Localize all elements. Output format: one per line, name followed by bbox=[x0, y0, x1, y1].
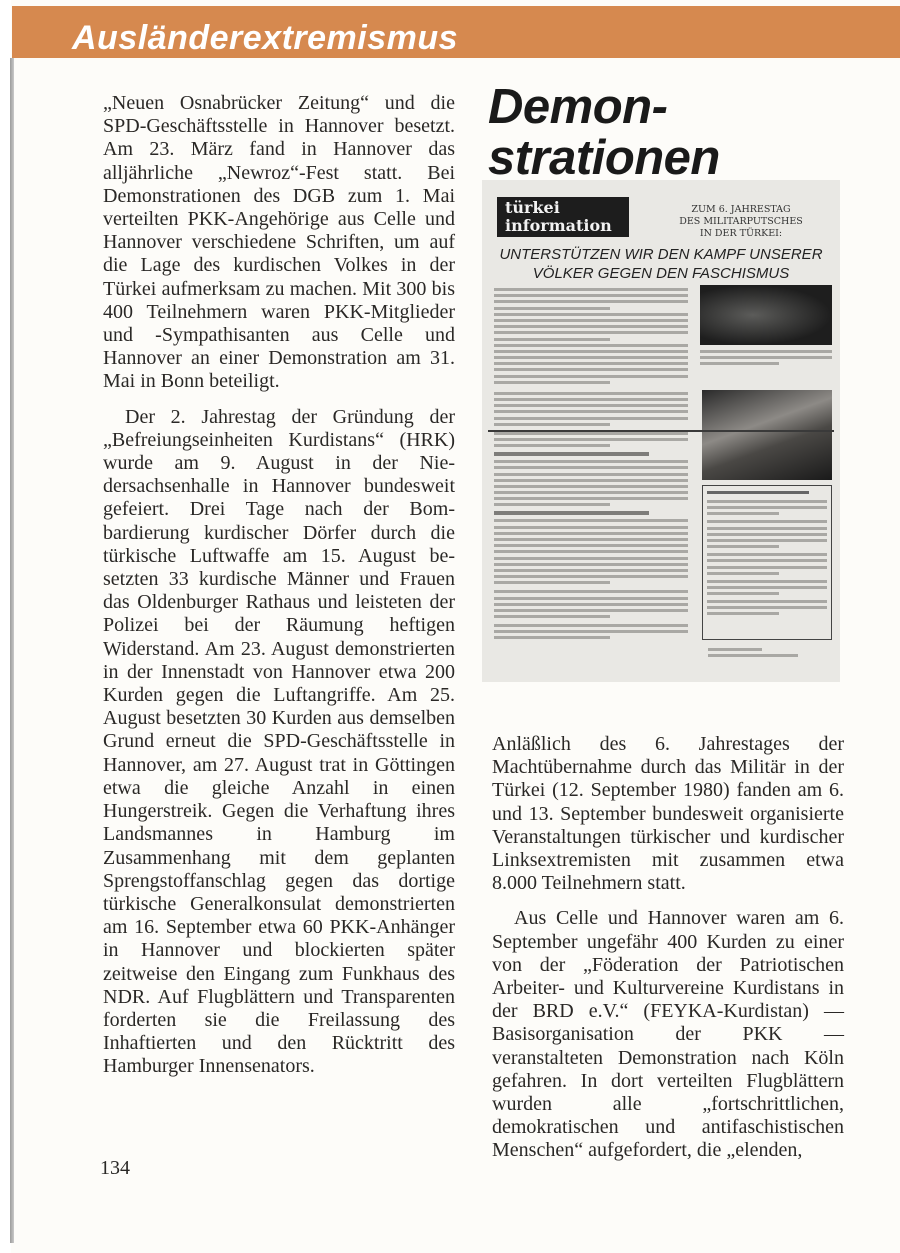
flyer-anniversary-line: IN DER TÜRKEI: bbox=[656, 228, 826, 240]
flyer-image: türkei information ZUM 6. JAHRESTAG DES … bbox=[482, 180, 840, 682]
page-number: 134 bbox=[100, 1157, 130, 1180]
paragraph: Aus Celle und Hannover waren am 6. Septe… bbox=[492, 907, 844, 1162]
flyer-slogan: UNTERSTÜTZEN WIR DEN KAMPF UNSERER VÖLKE… bbox=[488, 245, 834, 283]
flyer-anniversary-text: ZUM 6. JAHRESTAG DES MILITARPUTSCHES IN … bbox=[656, 204, 826, 240]
flyer-photo-crowd bbox=[700, 285, 832, 345]
chapter-header-band: Ausländerextremismus bbox=[12, 6, 900, 58]
flyer-logo-line: türkei bbox=[505, 199, 629, 217]
scan-artifact-line bbox=[488, 430, 834, 432]
paragraph: Anläßlich des 6. Jahrestages der Machtüb… bbox=[492, 733, 844, 895]
flyer-anniversary-line: DES MILITARPUTSCHES bbox=[656, 216, 826, 228]
flyer-anniversary-line: ZUM 6. JAHRESTAG bbox=[656, 204, 826, 216]
flyer-slogan-line: UNTERSTÜTZEN WIR DEN KAMPF UNSERER bbox=[488, 245, 834, 264]
page-binding-shadow bbox=[10, 58, 14, 1243]
paragraph: Der 2. Jahrestag der Gründung der „Befre… bbox=[103, 406, 455, 1079]
right-text-column: Anläßlich des 6. Jahrestages der Machtüb… bbox=[492, 733, 844, 1175]
flyer-info-box bbox=[702, 485, 832, 640]
paragraph: „Neuen Osnabrücker Zeitung“ und die SPD-… bbox=[103, 92, 455, 394]
flyer-logo-line: information bbox=[505, 217, 629, 235]
flyer-body-text bbox=[494, 288, 688, 643]
section-heading-line: strationen bbox=[488, 133, 720, 184]
flyer-photo-caption bbox=[700, 350, 832, 369]
flyer-footer-text bbox=[708, 648, 798, 660]
left-text-column: „Neuen Osnabrücker Zeitung“ und die SPD-… bbox=[103, 92, 455, 1091]
flyer-photo-person bbox=[702, 390, 832, 480]
section-heading-line: Demon- bbox=[488, 82, 720, 133]
chapter-title: Ausländerextremismus bbox=[72, 12, 458, 64]
section-heading: Demon- strationen bbox=[488, 82, 720, 184]
flyer-slogan-line: VÖLKER GEGEN DEN FASCHISMUS bbox=[488, 264, 834, 283]
flyer-logo: türkei information bbox=[497, 197, 629, 237]
